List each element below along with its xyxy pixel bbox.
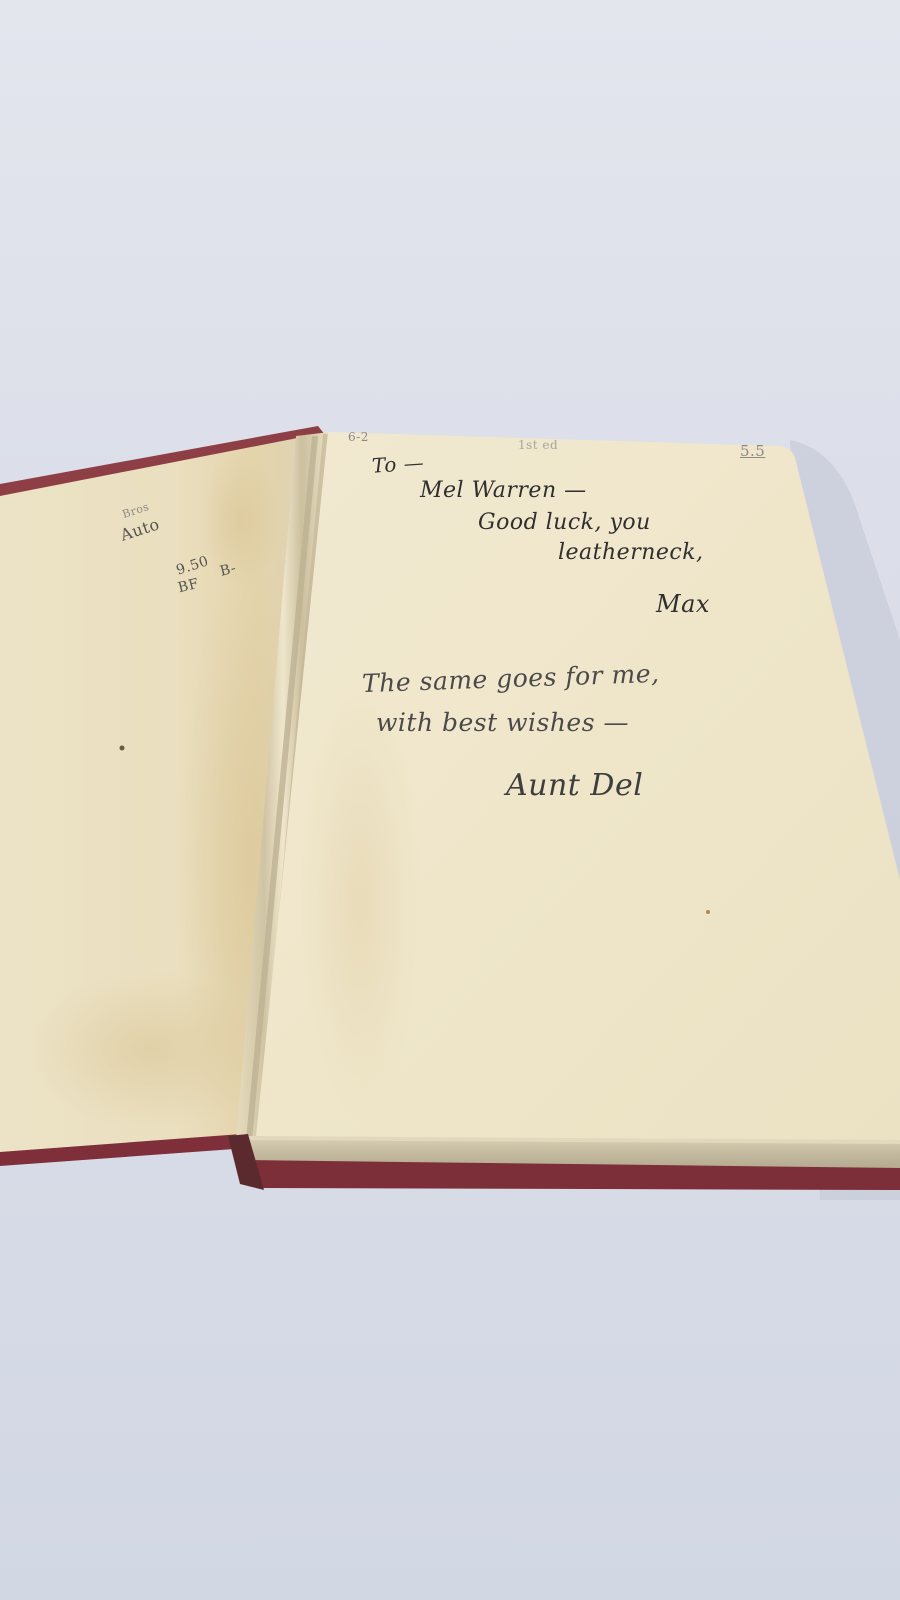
inscription-signature-max: Max [656,590,710,618]
inscription-leatherneck: leatherneck, [558,540,704,565]
pencil-mark-edition: 1st ed [518,438,558,452]
inscription-to: To — [371,450,425,478]
inscription-signature-aunt-del: Aunt Del [506,768,643,803]
pencil-mark-price: 5.5 [740,442,765,460]
inscription-recipient: Mel Warren — [420,478,587,503]
open-book [0,0,900,1600]
inscription-good-luck: Good luck, you [478,510,651,535]
photo-scene: Bros Auto 9.50 BF B- 6-2 1st ed 5.5 To —… [0,0,900,1600]
inscription-best-wishes: with best wishes — [376,708,629,737]
pencil-mark-top-left: 6-2 [348,430,369,444]
